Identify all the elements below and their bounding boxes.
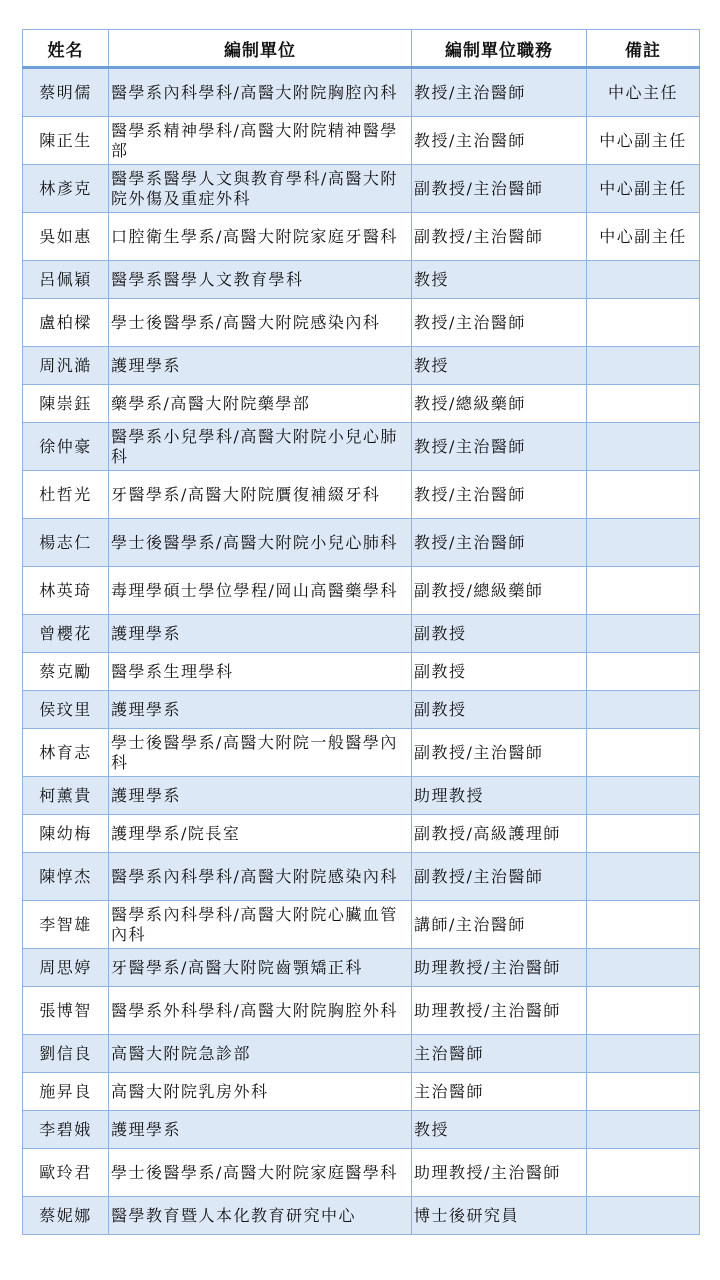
table-row: 陳崇鈺藥學系/高醫大附院藥學部教授/總級藥師 bbox=[23, 385, 700, 423]
cell-note bbox=[587, 1149, 700, 1197]
cell-name: 陳幼梅 bbox=[23, 815, 109, 853]
cell-name: 林育志 bbox=[23, 729, 109, 777]
cell-unit: 牙醫學系/高醫大附院齒顎矯正科 bbox=[109, 949, 412, 987]
cell-name: 周汎澔 bbox=[23, 347, 109, 385]
cell-unit: 學士後醫學系/高醫大附院家庭醫學科 bbox=[109, 1149, 412, 1197]
cell-unit: 牙醫學系/高醫大附院贋復補綴牙科 bbox=[109, 471, 412, 519]
cell-position: 教授/主治醫師 bbox=[412, 68, 587, 117]
header-unit: 編制單位 bbox=[109, 30, 412, 68]
cell-position: 助理教授/主治醫師 bbox=[412, 949, 587, 987]
cell-name: 歐玲君 bbox=[23, 1149, 109, 1197]
table-row: 陳幼梅護理學系/院長室副教授/高級護理師 bbox=[23, 815, 700, 853]
table-row: 蔡克勵醫學系生理學科副教授 bbox=[23, 653, 700, 691]
cell-unit: 護理學系 bbox=[109, 777, 412, 815]
table-row: 杜哲光牙醫學系/高醫大附院贋復補綴牙科教授/主治醫師 bbox=[23, 471, 700, 519]
cell-unit: 醫學系內科學科/高醫大附院感染內科 bbox=[109, 853, 412, 901]
cell-note bbox=[587, 1197, 700, 1235]
cell-position: 博士後研究員 bbox=[412, 1197, 587, 1235]
cell-note bbox=[587, 949, 700, 987]
table-header-row: 姓名 編制單位 編制單位職務 備註 bbox=[23, 30, 700, 68]
table-row: 林育志學士後醫學系/高醫大附院一般醫學內科副教授/主治醫師 bbox=[23, 729, 700, 777]
cell-note bbox=[587, 567, 700, 615]
table-row: 柯薰貴護理學系助理教授 bbox=[23, 777, 700, 815]
cell-unit: 口腔衛生學系/高醫大附院家庭牙醫科 bbox=[109, 213, 412, 261]
table-body: 蔡明儒醫學系內科學科/高醫大附院胸腔內科教授/主治醫師中心主任 陳正生醫學系精神… bbox=[23, 68, 700, 1235]
cell-name: 柯薰貴 bbox=[23, 777, 109, 815]
cell-note bbox=[587, 261, 700, 299]
cell-name: 李碧娥 bbox=[23, 1111, 109, 1149]
cell-name: 陳崇鈺 bbox=[23, 385, 109, 423]
cell-position: 助理教授/主治醫師 bbox=[412, 987, 587, 1035]
cell-unit: 毒理學碩士學位學程/岡山高醫藥學科 bbox=[109, 567, 412, 615]
cell-position: 教授/主治醫師 bbox=[412, 423, 587, 471]
cell-note: 中心副主任 bbox=[587, 213, 700, 261]
table-row: 李碧娥護理學系教授 bbox=[23, 1111, 700, 1149]
cell-unit: 護理學系 bbox=[109, 691, 412, 729]
table-row: 周思婷牙醫學系/高醫大附院齒顎矯正科助理教授/主治醫師 bbox=[23, 949, 700, 987]
cell-position: 主治醫師 bbox=[412, 1035, 587, 1073]
cell-unit: 學士後醫學系/高醫大附院感染內科 bbox=[109, 299, 412, 347]
table-row: 施昇良高醫大附院乳房外科主治醫師 bbox=[23, 1073, 700, 1111]
cell-note bbox=[587, 729, 700, 777]
cell-position: 講師/主治醫師 bbox=[412, 901, 587, 949]
table-row: 盧柏樑學士後醫學系/高醫大附院感染內科教授/主治醫師 bbox=[23, 299, 700, 347]
cell-name: 施昇良 bbox=[23, 1073, 109, 1111]
cell-name: 林英琦 bbox=[23, 567, 109, 615]
cell-note bbox=[587, 853, 700, 901]
cell-note bbox=[587, 777, 700, 815]
cell-name: 陳惇杰 bbox=[23, 853, 109, 901]
cell-note bbox=[587, 615, 700, 653]
table-row: 楊志仁學士後醫學系/高醫大附院小兒心肺科教授/主治醫師 bbox=[23, 519, 700, 567]
cell-unit: 藥學系/高醫大附院藥學部 bbox=[109, 385, 412, 423]
table-row: 蔡妮娜醫學教育暨人本化教育研究中心博士後研究員 bbox=[23, 1197, 700, 1235]
cell-name: 張博智 bbox=[23, 987, 109, 1035]
cell-position: 教授 bbox=[412, 261, 587, 299]
table-row: 曾櫻花護理學系副教授 bbox=[23, 615, 700, 653]
cell-unit: 醫學系醫學人文教育學科 bbox=[109, 261, 412, 299]
cell-position: 副教授 bbox=[412, 653, 587, 691]
cell-position: 副教授 bbox=[412, 615, 587, 653]
cell-name: 盧柏樑 bbox=[23, 299, 109, 347]
cell-name: 吳如惠 bbox=[23, 213, 109, 261]
cell-position: 副教授/主治醫師 bbox=[412, 853, 587, 901]
cell-name: 蔡明儒 bbox=[23, 68, 109, 117]
table-row: 呂佩穎醫學系醫學人文教育學科教授 bbox=[23, 261, 700, 299]
cell-position: 助理教授/主治醫師 bbox=[412, 1149, 587, 1197]
cell-name: 杜哲光 bbox=[23, 471, 109, 519]
cell-position: 副教授/主治醫師 bbox=[412, 213, 587, 261]
cell-unit: 學士後醫學系/高醫大附院小兒心肺科 bbox=[109, 519, 412, 567]
cell-note bbox=[587, 347, 700, 385]
cell-unit: 高醫大附院急診部 bbox=[109, 1035, 412, 1073]
table-row: 劉信良高醫大附院急診部主治醫師 bbox=[23, 1035, 700, 1073]
cell-name: 楊志仁 bbox=[23, 519, 109, 567]
cell-unit: 醫學教育暨人本化教育研究中心 bbox=[109, 1197, 412, 1235]
header-name: 姓名 bbox=[23, 30, 109, 68]
cell-unit: 護理學系 bbox=[109, 615, 412, 653]
cell-name: 蔡妮娜 bbox=[23, 1197, 109, 1235]
table-row: 周汎澔護理學系教授 bbox=[23, 347, 700, 385]
cell-name: 李智雄 bbox=[23, 901, 109, 949]
cell-unit: 高醫大附院乳房外科 bbox=[109, 1073, 412, 1111]
cell-note bbox=[587, 1111, 700, 1149]
table-row: 蔡明儒醫學系內科學科/高醫大附院胸腔內科教授/主治醫師中心主任 bbox=[23, 68, 700, 117]
cell-note bbox=[587, 901, 700, 949]
cell-position: 教授/主治醫師 bbox=[412, 299, 587, 347]
table-row: 李智雄醫學系內科學科/高醫大附院心臟血管內科講師/主治醫師 bbox=[23, 901, 700, 949]
header-note: 備註 bbox=[587, 30, 700, 68]
cell-position: 副教授/主治醫師 bbox=[412, 729, 587, 777]
cell-note bbox=[587, 1073, 700, 1111]
cell-position: 教授 bbox=[412, 1111, 587, 1149]
cell-unit: 醫學系生理學科 bbox=[109, 653, 412, 691]
cell-note bbox=[587, 987, 700, 1035]
table-row: 陳正生醫學系精神學科/高醫大附院精神醫學部教授/主治醫師中心副主任 bbox=[23, 117, 700, 165]
cell-name: 林彥克 bbox=[23, 165, 109, 213]
cell-note bbox=[587, 815, 700, 853]
cell-position: 教授/總級藥師 bbox=[412, 385, 587, 423]
cell-name: 侯玟里 bbox=[23, 691, 109, 729]
table-row: 林彥克醫學系醫學人文與教育學科/高醫大附院外傷及重症外科副教授/主治醫師中心副主… bbox=[23, 165, 700, 213]
cell-position: 副教授/高級護理師 bbox=[412, 815, 587, 853]
cell-unit: 護理學系/院長室 bbox=[109, 815, 412, 853]
cell-note bbox=[587, 519, 700, 567]
cell-name: 曾櫻花 bbox=[23, 615, 109, 653]
staff-table-container: 姓名 編制單位 編制單位職務 備註 蔡明儒醫學系內科學科/高醫大附院胸腔內科教授… bbox=[22, 29, 699, 1235]
cell-unit: 醫學系內科學科/高醫大附院心臟血管內科 bbox=[109, 901, 412, 949]
cell-unit: 護理學系 bbox=[109, 347, 412, 385]
table-row: 吳如惠口腔衛生學系/高醫大附院家庭牙醫科副教授/主治醫師中心副主任 bbox=[23, 213, 700, 261]
cell-name: 周思婷 bbox=[23, 949, 109, 987]
table-row: 林英琦毒理學碩士學位學程/岡山高醫藥學科副教授/總級藥師 bbox=[23, 567, 700, 615]
cell-note: 中心副主任 bbox=[587, 165, 700, 213]
staff-table: 姓名 編制單位 編制單位職務 備註 蔡明儒醫學系內科學科/高醫大附院胸腔內科教授… bbox=[22, 29, 700, 1235]
cell-position: 教授/主治醫師 bbox=[412, 519, 587, 567]
cell-name: 呂佩穎 bbox=[23, 261, 109, 299]
cell-note bbox=[587, 653, 700, 691]
cell-position: 教授/主治醫師 bbox=[412, 117, 587, 165]
cell-position: 副教授 bbox=[412, 691, 587, 729]
cell-note bbox=[587, 385, 700, 423]
header-position: 編制單位職務 bbox=[412, 30, 587, 68]
cell-position: 主治醫師 bbox=[412, 1073, 587, 1111]
cell-position: 副教授/總級藥師 bbox=[412, 567, 587, 615]
table-row: 陳惇杰醫學系內科學科/高醫大附院感染內科副教授/主治醫師 bbox=[23, 853, 700, 901]
cell-note: 中心主任 bbox=[587, 68, 700, 117]
cell-unit: 護理學系 bbox=[109, 1111, 412, 1149]
table-row: 侯玟里護理學系副教授 bbox=[23, 691, 700, 729]
table-row: 張博智醫學系外科學科/高醫大附院胸腔外科助理教授/主治醫師 bbox=[23, 987, 700, 1035]
cell-note bbox=[587, 691, 700, 729]
cell-name: 徐仲豪 bbox=[23, 423, 109, 471]
cell-note: 中心副主任 bbox=[587, 117, 700, 165]
table-row: 徐仲豪醫學系小兒學科/高醫大附院小兒心肺科教授/主治醫師 bbox=[23, 423, 700, 471]
table-row: 歐玲君學士後醫學系/高醫大附院家庭醫學科助理教授/主治醫師 bbox=[23, 1149, 700, 1197]
cell-name: 陳正生 bbox=[23, 117, 109, 165]
cell-name: 劉信良 bbox=[23, 1035, 109, 1073]
cell-note bbox=[587, 471, 700, 519]
cell-position: 副教授/主治醫師 bbox=[412, 165, 587, 213]
cell-unit: 醫學系精神學科/高醫大附院精神醫學部 bbox=[109, 117, 412, 165]
cell-unit: 醫學系外科學科/高醫大附院胸腔外科 bbox=[109, 987, 412, 1035]
cell-unit: 醫學系內科學科/高醫大附院胸腔內科 bbox=[109, 68, 412, 117]
cell-position: 教授 bbox=[412, 347, 587, 385]
cell-unit: 學士後醫學系/高醫大附院一般醫學內科 bbox=[109, 729, 412, 777]
cell-position: 教授/主治醫師 bbox=[412, 471, 587, 519]
cell-note bbox=[587, 299, 700, 347]
cell-unit: 醫學系小兒學科/高醫大附院小兒心肺科 bbox=[109, 423, 412, 471]
cell-note bbox=[587, 1035, 700, 1073]
cell-note bbox=[587, 423, 700, 471]
cell-position: 助理教授 bbox=[412, 777, 587, 815]
cell-name: 蔡克勵 bbox=[23, 653, 109, 691]
cell-unit: 醫學系醫學人文與教育學科/高醫大附院外傷及重症外科 bbox=[109, 165, 412, 213]
